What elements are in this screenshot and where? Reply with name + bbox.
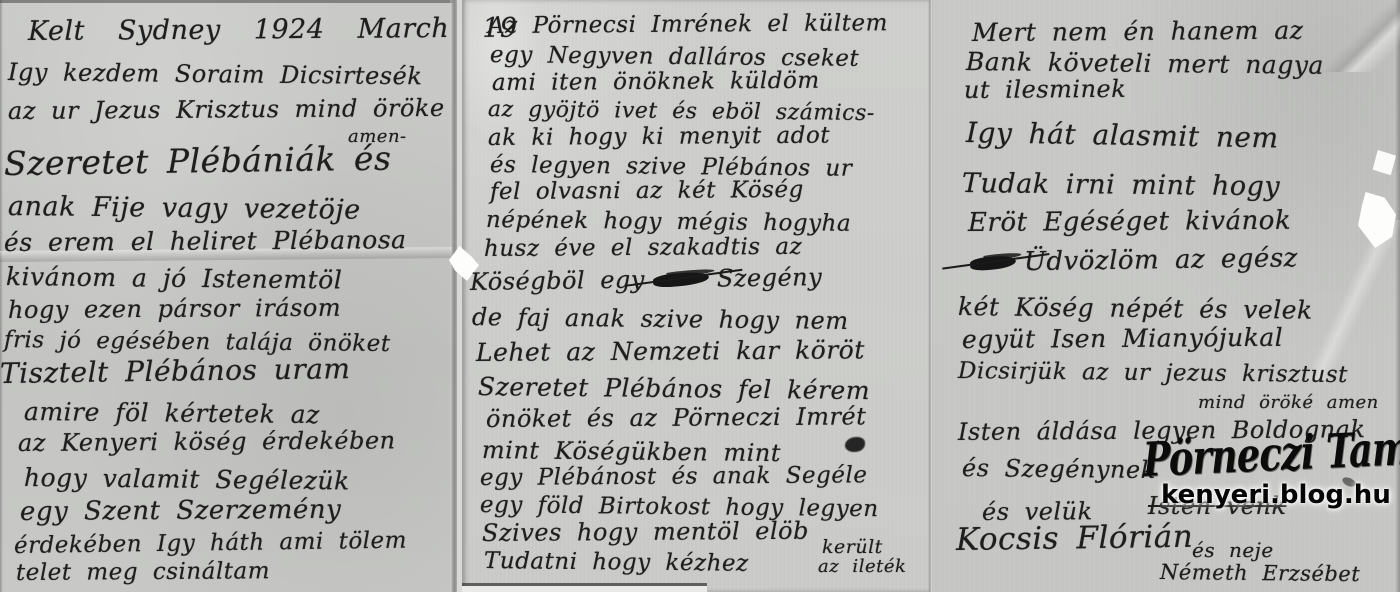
- letter-line-with-scribble: Üdvözlöm az egész: [962, 243, 1298, 278]
- letter-line: Dicsirjük az ur jezus krisztust: [958, 358, 1348, 388]
- letter-line: mind öröké amen: [1198, 392, 1379, 413]
- letter-line: ami iten önöknek küldöm: [492, 68, 820, 96]
- letter-line: Tisztelt Plébános uram: [0, 352, 351, 390]
- paper-top-edge: [0, 0, 458, 3]
- edge-crease: [1300, 220, 1400, 380]
- letter-line-text: Szegény: [717, 263, 823, 292]
- letter-line: Az Pörnecsi Imrének el kültem: [488, 10, 888, 39]
- corner-crease: [1318, 0, 1400, 72]
- signature-and-wife: és neje: [1192, 538, 1274, 562]
- letter-line: telet meg csináltam: [16, 558, 270, 586]
- crossed-out-word: [652, 271, 709, 289]
- signature-kocsis-florian: Kocsis Flórián: [956, 519, 1194, 558]
- letter-line: Tudatni hogy kézhez: [484, 548, 749, 577]
- letter-line: Igy kezdem Soraim Dicsirtesék: [8, 58, 423, 90]
- letter-line: két Köség népét és velek: [958, 292, 1313, 325]
- crossed-out-word: [970, 255, 1017, 272]
- letter-line: az gyöjtö ivet és eböl számics-: [488, 97, 875, 126]
- letter-line: érdekében Igy háth ami tölem: [14, 528, 407, 559]
- inserted-word: az ileték: [818, 556, 906, 577]
- letter-line: ak ki hogy ki menyit adot: [488, 123, 830, 151]
- letter-line: önöket és az Pörneczi Imrét: [486, 402, 866, 433]
- letter-line: hogy valamit Segélezük: [24, 463, 350, 495]
- bottom-edge-highlight: [462, 586, 707, 592]
- letter-line: de faj anak szive hogy nem: [472, 303, 849, 335]
- letter-line-text: Üdvözlöm az egész: [1024, 243, 1298, 277]
- letter-line: együt Isen Mianyójukal: [962, 323, 1283, 354]
- letter-line: egy Szent Szerzemény: [20, 495, 341, 527]
- signature-nemeth-erzsebet: Németh Erzsébet: [1160, 560, 1360, 586]
- letter-line: Eröt Egéséget kivánok: [968, 206, 1291, 238]
- fold-crease-right: [928, 0, 932, 592]
- watermark-blog-url: kenyeri.blog.hu: [1161, 480, 1391, 510]
- letter-line-text: Köségböl egy: [470, 266, 645, 296]
- letter-line: fel olvasni az két Köség: [490, 177, 804, 205]
- letter-line: anak Fije vagy vezetöje: [8, 191, 361, 226]
- letter-line: és erem el heliret Plébanosa: [4, 225, 407, 257]
- letter-line: Szeretet Plébános fel kérem: [478, 372, 870, 405]
- fold-crease-left: [450, 0, 457, 592]
- letter-line: az ur Jezus Krisztus mind öröke: [8, 94, 445, 125]
- scanned-letter-page: Kelt Sydney 1924 March 19 Igy kezdem Sor…: [0, 0, 1400, 592]
- letter-line: népének hogy mégis hogyha: [486, 207, 851, 237]
- letter-line: Mert nem én hanem az: [972, 16, 1304, 47]
- letter-line: és Szegénynek: [962, 454, 1156, 484]
- inserted-word: került: [822, 536, 883, 558]
- letter-line: Szives hogy mentöl elöb: [482, 517, 809, 547]
- letter-line: husz éve el szakadtis az: [484, 234, 802, 262]
- letter-line: kivánom a jó Istenemtöl: [6, 262, 343, 295]
- letter-line: Tudak irni mint hogy: [962, 168, 1280, 202]
- fold-gap-left: [457, 0, 462, 592]
- letter-line: az Kenyeri köség érdekében: [18, 426, 396, 457]
- letter-line: Szeretet Plébániák és: [4, 139, 392, 183]
- letter-line-with-scribble: Köségböl egySzegény: [470, 263, 823, 296]
- letter-line: hogy ezen pársor irásom: [8, 294, 341, 324]
- letter-line: ut ilesminek: [964, 75, 1126, 104]
- date-line: Kelt Sydney 1924 March 19: [28, 13, 518, 47]
- letter-line: egy Plébánost és anak Segéle: [480, 462, 868, 491]
- letter-line: Lehet az Nemzeti kar köröt: [476, 335, 865, 367]
- letter-line: Igy hát alasmit nem: [966, 116, 1279, 154]
- paper-left-edge: [0, 0, 3, 592]
- letter-line: amire föl kértetek az: [24, 397, 320, 429]
